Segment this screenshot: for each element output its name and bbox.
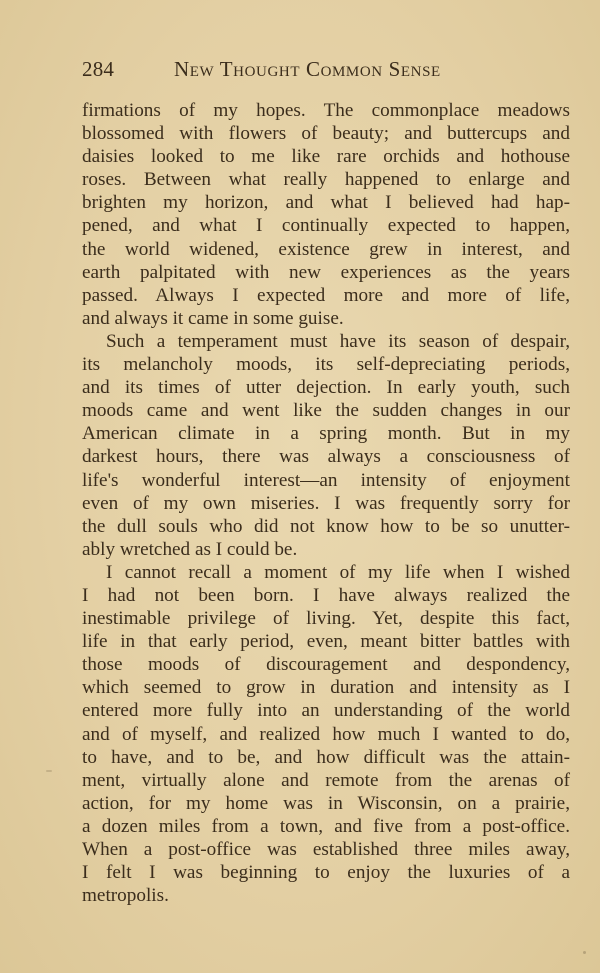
paragraph-end-line: ably wretched as I could be. xyxy=(82,538,570,561)
text-line: daisies looked to me like rare orchids a… xyxy=(82,145,570,168)
text-line: to have, and to be, and how difficult wa… xyxy=(82,746,570,769)
paragraph-end-line: and always it came in some guise. xyxy=(82,307,570,330)
text-line: even of my own miseries. I was frequentl… xyxy=(82,492,570,515)
text-line: darkest hours, there was always a consci… xyxy=(82,445,570,468)
text-line: and of myself, and realized how much I w… xyxy=(82,723,570,746)
text-line: a dozen miles from a town, and five from… xyxy=(82,815,570,838)
running-head: 284 New Thought Common Sense xyxy=(82,57,570,83)
text-line: and its times of utter dejection. In ear… xyxy=(82,376,570,399)
text-line: the dull souls who did not know how to b… xyxy=(82,515,570,538)
paper-speck xyxy=(46,770,52,772)
text-line: life in that early period, even, meant b… xyxy=(82,630,570,653)
text-line: roses. Between what really happened to e… xyxy=(82,168,570,191)
text-line: which seemed to grow in duration and int… xyxy=(82,676,570,699)
text-line: its melancholy moods, its self-depreciat… xyxy=(82,353,570,376)
text-line: the world widened, existence grew in int… xyxy=(82,238,570,261)
text-line: earth palpitated with new experiences as… xyxy=(82,261,570,284)
text-line: I felt I was beginning to enjoy the luxu… xyxy=(82,861,570,884)
text-line: American climate in a spring month. But … xyxy=(82,422,570,445)
text-line: those moods of discouragement and despon… xyxy=(82,653,570,676)
paragraph-start-line: I cannot recall a moment of my life when… xyxy=(82,561,570,584)
text-line: brighten my horizon, and what I believed… xyxy=(82,191,570,214)
page-number: 284 xyxy=(82,57,114,82)
text-line: passed. Always I expected more and more … xyxy=(82,284,570,307)
book-title: New Thought Common Sense xyxy=(174,57,441,82)
paragraph-end-line: metropolis. xyxy=(82,884,570,907)
text-line: action, for my home was in Wisconsin, on… xyxy=(82,792,570,815)
text-line: blossomed with flowers of beauty; and bu… xyxy=(82,122,570,145)
text-line: moods came and went like the sudden chan… xyxy=(82,399,570,422)
text-line: pened, and what I continually expected t… xyxy=(82,214,570,237)
text-line: life's wonderful interest—an intensity o… xyxy=(82,469,570,492)
text-line: firmations of my hopes. The commonplace … xyxy=(82,99,570,122)
text-line: inestimable privilege of living. Yet, de… xyxy=(82,607,570,630)
text-line: I had not been born. I have always reali… xyxy=(82,584,570,607)
text-line: entered more fully into an understanding… xyxy=(82,699,570,722)
text-line: When a post-office was established three… xyxy=(82,838,570,861)
paragraph-start-line: Such a temperament must have its season … xyxy=(82,330,570,353)
body-text: firmations of my hopes. The commonplace … xyxy=(82,99,570,907)
text-line: ment, virtually alone and remote from th… xyxy=(82,769,570,792)
paper-speck xyxy=(583,951,586,954)
